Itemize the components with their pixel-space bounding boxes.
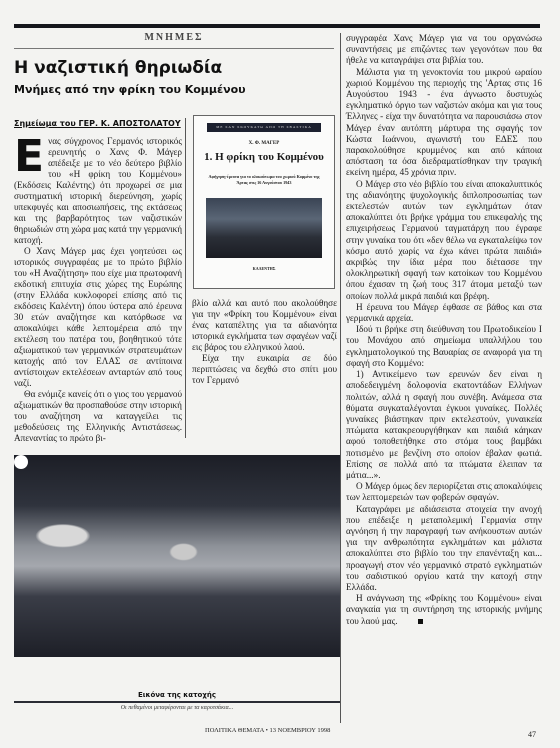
- occupation-photo: [14, 455, 340, 657]
- drop-cap: Ε: [14, 138, 44, 176]
- issue-date: 13 ΝΟΕΜΒΡΙΟΥ 1998: [270, 727, 331, 734]
- caption-rule: [14, 701, 340, 703]
- paragraph: Μάλιστα για τη γενοκτονία του μικρού ωρα…: [346, 67, 542, 179]
- paragraph: Θα ενόμιζε κανείς ότι ο γιος του γερμανο…: [14, 389, 182, 444]
- paragraph: Καταγράφει με αδιάσειστα στοιχεία την αν…: [346, 504, 542, 594]
- section-label: ΜΝΗΜΕΣ: [14, 32, 334, 43]
- punch-hole: [14, 455, 28, 469]
- paragraph: Ο Χανς Μάγερ μας έχει γοητεύσει ως ιστορ…: [14, 246, 182, 389]
- paragraph-text: Η ανάγνωση της «Φρίκης του Κομμένου» είν…: [346, 593, 542, 625]
- end-mark-icon: [418, 619, 423, 624]
- paragraph: Ο Μάγερ όμως δεν περιορίζεται στις αποκα…: [346, 481, 542, 503]
- paragraph: Ιδού τι βρήκε στη διεύθυνση του Πρωτοδικ…: [346, 324, 542, 369]
- book-cover-illustration: [206, 198, 322, 258]
- column-divider: [185, 118, 186, 438]
- book-subtitle: Αφήγηση-έρευνα για το ολοκαύτωμα του χωρ…: [206, 174, 322, 186]
- paragraph: βλίο αλλά και αυτό που ακολούθησε για τη…: [192, 298, 337, 353]
- book-title: 1. Η φρίκη του Κομμένου: [194, 151, 334, 163]
- photo-caption-title: Εικόνα της κατοχής: [14, 691, 340, 699]
- byline: Σημείωμα του ΓΕΡ. Κ. ΑΠΟΣΤΟΛΑΤΟΥ: [14, 119, 182, 128]
- section-divider: [14, 48, 334, 49]
- book-cover-image: ΜΕ ΣΑΝ ΣΚΟΥΚΑΤΩ ΑΠΟ ΤΗ ΣΒΑΣΤΙΚΑ Χ. Φ. ΜΑ…: [193, 115, 335, 289]
- article-title: Η ναζιστική θηριωδία: [14, 58, 222, 78]
- top-rule: [14, 24, 540, 28]
- paragraph: Είχα την ευκαιρία σε δύο περιπτώσεις να …: [192, 353, 337, 386]
- paragraph: Η έρευνα του Μάγερ έφθασε σε βάθος και σ…: [346, 302, 542, 324]
- paragraph: Ο Μάγερ στο νέο βιβλίο του είναι αποκαλυ…: [346, 179, 542, 302]
- photo-caption: Οι πεθαμένοι μεταφέρονται με τα καροτσάκ…: [14, 705, 340, 711]
- book-series: ΜΕ ΣΑΝ ΣΚΟΥΚΑΤΩ ΑΠΟ ΤΗ ΣΒΑΣΤΙΚΑ: [207, 123, 321, 132]
- page-footer: ΠΟΛΙΤΙΚΑ ΘΕΜΑΤΑ • 13 ΝΟΕΜΒΡΙΟΥ 1998: [205, 727, 330, 734]
- column-divider: [340, 33, 341, 723]
- book-publisher: ΚΑΛΕΝΤΗΣ: [194, 266, 334, 271]
- page-number: 47: [528, 730, 536, 739]
- article-column-3: συγγραφέα Χανς Μάγερ για να του οργανώσω…: [346, 33, 542, 627]
- book-author: Χ. Φ. ΜΑΓΕΡ: [194, 141, 334, 146]
- paragraph-final: Η ανάγνωση της «Φρίκης του Κομμένου» είν…: [346, 593, 542, 627]
- paragraph: 1) Αντικείμενο των ερευνών δεν είναι η α…: [346, 369, 542, 481]
- publication-name: ΠΟΛΙΤΙΚΑ ΘΕΜΑΤΑ: [205, 727, 264, 734]
- article-subtitle: Μνήμες από την φρίκη του Κομμένου: [14, 83, 246, 96]
- article-column-1: Ε νας σύγχρονος Γερμανός ιστορικός ερευν…: [14, 136, 182, 444]
- paragraph: συγγραφέα Χανς Μάγερ για να του οργανώσω…: [346, 33, 542, 67]
- footer-separator: •: [266, 727, 268, 734]
- article-column-2: βλίο αλλά και αυτό που ακολούθησε για τη…: [192, 298, 337, 386]
